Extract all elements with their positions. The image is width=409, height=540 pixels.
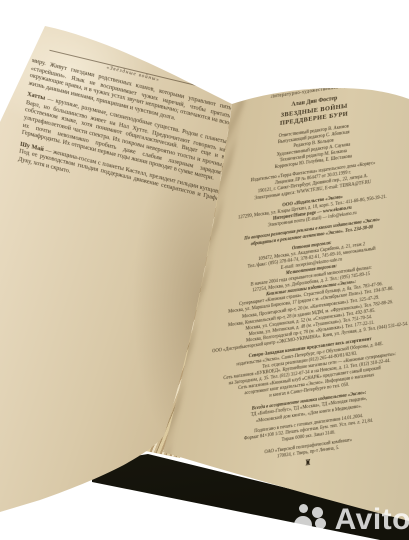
logo-dot [312,507,323,518]
glossary-text-block: «Звёздные войны» миру. Живут гнездами ро… [17,46,233,215]
avito-logo-dots-icon [294,504,330,537]
colophon: Литературно-художественное издание Алан … [206,74,409,481]
logo-dot [294,516,312,534]
book-photo: «Звёздные войны» миру. Живут гнездами ро… [0,0,409,540]
watermark-label: Avito [335,503,409,537]
logo-dot [299,504,308,513]
avito-watermark: Avito [294,503,409,537]
logo-dot [315,518,326,529]
